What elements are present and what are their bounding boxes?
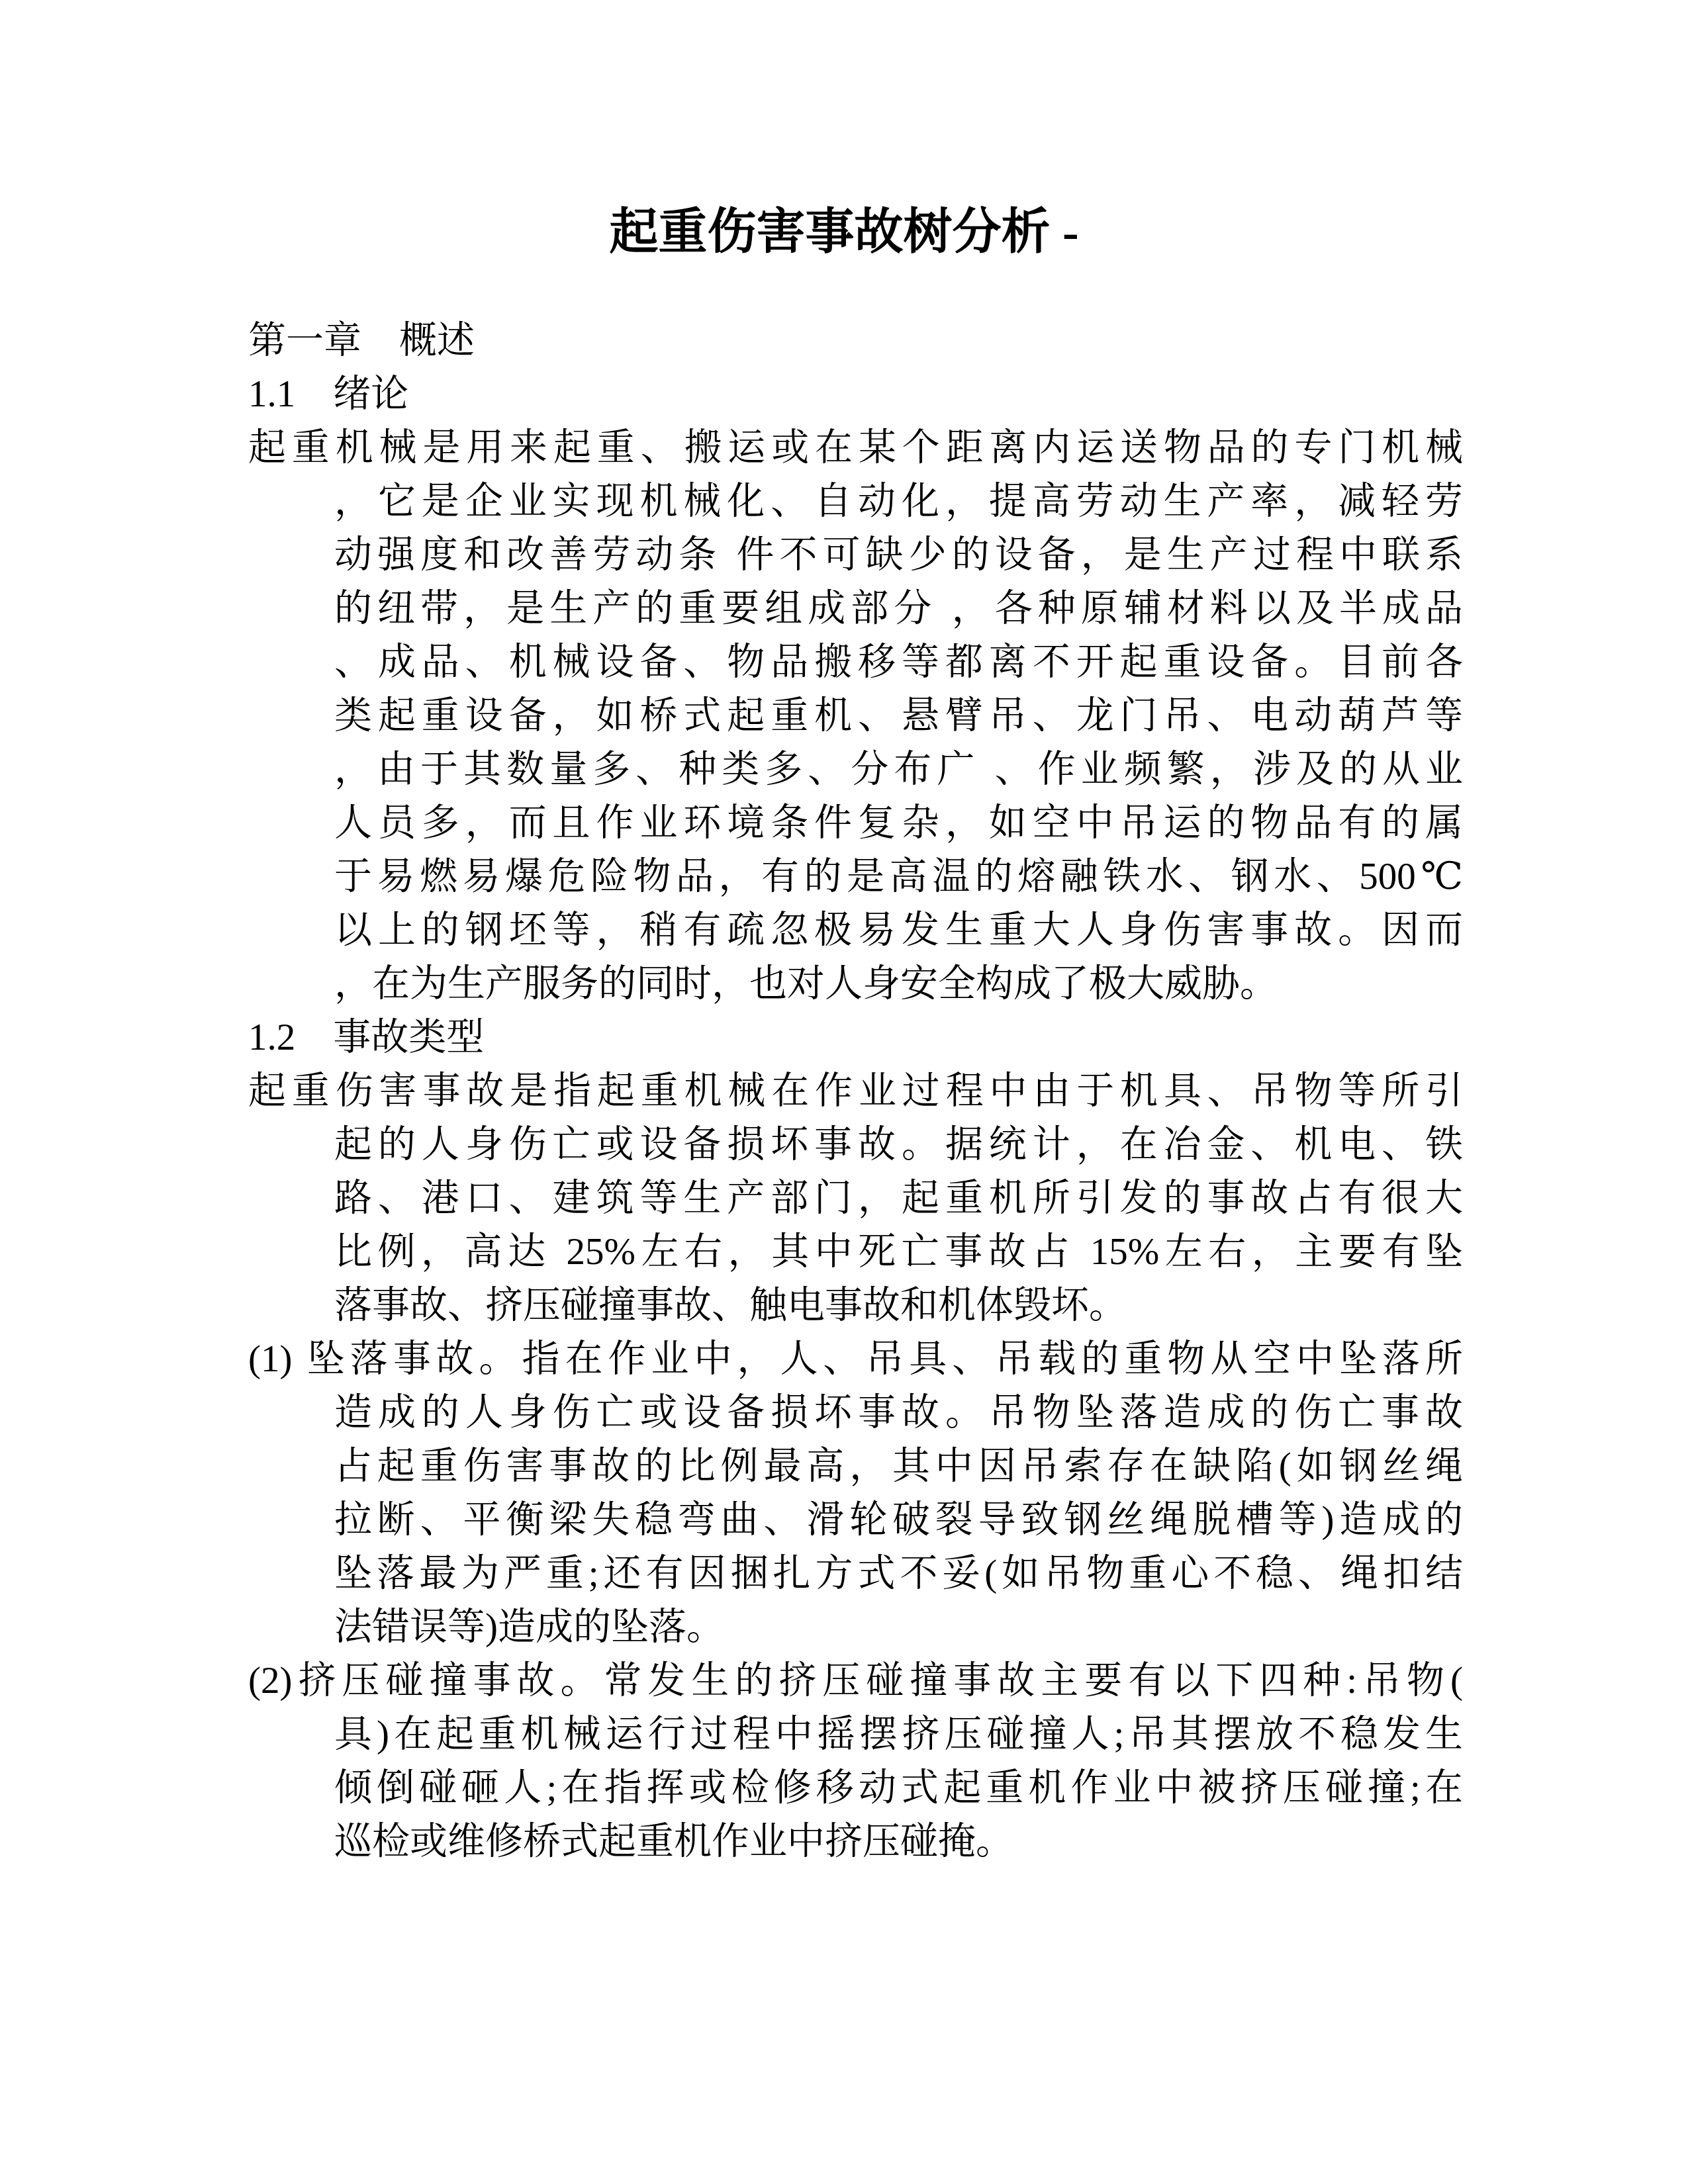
body-line: 类起重设备，如桥式起重机、悬臂吊、龙门吊、电动葫芦等 <box>248 689 1463 743</box>
body-line: 落事故、挤压碰撞事故、触电事故和机体毁坏。 <box>248 1279 1463 1332</box>
body-line: 造成的人身伤亡或设备损坏事故。吊物坠落造成的伤亡事故 <box>248 1386 1463 1439</box>
body-line: ，在为生产服务的同时，也对人身安全构成了极大威胁。 <box>248 957 1463 1011</box>
body-line: 坠落最为严重;还有因捆扎方式不妥(如吊物重心不稳、绳扣结 <box>248 1547 1463 1600</box>
body-line: 、成品、机械设备、物品搬移等都离不开起重设备。目前各 <box>248 635 1463 689</box>
body-line-item-2: (2)挤压碰撞事故。常发生的挤压碰撞事故主要有以下四种:吊物( <box>248 1654 1463 1707</box>
body-line: 起重机械是用来起重、搬运或在某个距离内运送物品的专门机械 <box>248 421 1463 475</box>
body-line: ，它是企业实现机械化、自动化，提高劳动生产率，减轻劳 <box>248 475 1463 528</box>
document-title: 起重伤害事故树分析 - <box>0 203 1688 262</box>
body-line: 具)在起重机械运行过程中摇摆挤压碰撞人;吊其摆放不稳发生 <box>248 1707 1463 1761</box>
body-line: 倾倒碰砸人;在指挥或检修移动式起重机作业中被挤压碰撞;在 <box>248 1761 1463 1815</box>
body-line: 于易燃易爆危险物品，有的是高温的熔融铁水、钢水、500℃ <box>248 850 1463 903</box>
document-page: 起重伤害事故树分析 - 第一章 概述1.1 绪论起重机械是用来起重、搬运或在某个… <box>0 0 1688 2184</box>
heading-chapter-1: 第一章 概述 <box>248 314 1463 367</box>
body-line: 以上的钢坯等，稍有疏忽极易发生重大人身伤害事故。因而 <box>248 903 1463 957</box>
body-line-item-1: (1) 坠落事故。指在作业中，人、吊具、吊载的重物从空中坠落所 <box>248 1332 1463 1386</box>
body-line: 起重伤害事故是指起重机械在作业过程中由于机具、吊物等所引 <box>248 1064 1463 1118</box>
body-line: 拉断、平衡梁失稳弯曲、滑轮破裂导致钢丝绳脱槽等)造成的 <box>248 1493 1463 1547</box>
body-line: 动强度和改善劳动条 件不可缺少的设备，是生产过程中联系 <box>248 528 1463 582</box>
body-line: 比例，高达 25%左右，其中死亡事故占 15%左右，主要有坠 <box>248 1225 1463 1279</box>
document-body: 第一章 概述1.1 绪论起重机械是用来起重、搬运或在某个距离内运送物品的专门机械… <box>248 314 1463 1868</box>
heading-section-1-1: 1.1 绪论 <box>248 367 1463 421</box>
body-line: 巡检或维修桥式起重机作业中挤压碰掩。 <box>248 1815 1463 1868</box>
body-line: 法错误等)造成的坠落。 <box>248 1600 1463 1654</box>
body-line: 起的人身伤亡或设备损坏事故。据统计，在冶金、机电、铁 <box>248 1118 1463 1171</box>
body-line: 路、港口、建筑等生产部门，起重机所引发的事故占有很大 <box>248 1171 1463 1225</box>
body-line: 占起重伤害事故的比例最高，其中因吊索存在缺陷(如钢丝绳 <box>248 1439 1463 1493</box>
body-line: 人员多，而且作业环境条件复杂，如空中吊运的物品有的属 <box>248 796 1463 850</box>
body-line: 的纽带，是生产的重要组成部分 ，各种原辅材料以及半成品 <box>248 582 1463 635</box>
heading-section-1-2: 1.2 事故类型 <box>248 1011 1463 1064</box>
body-line: ，由于其数量多、种类多、分布广 、作业频繁，涉及的从业 <box>248 743 1463 796</box>
